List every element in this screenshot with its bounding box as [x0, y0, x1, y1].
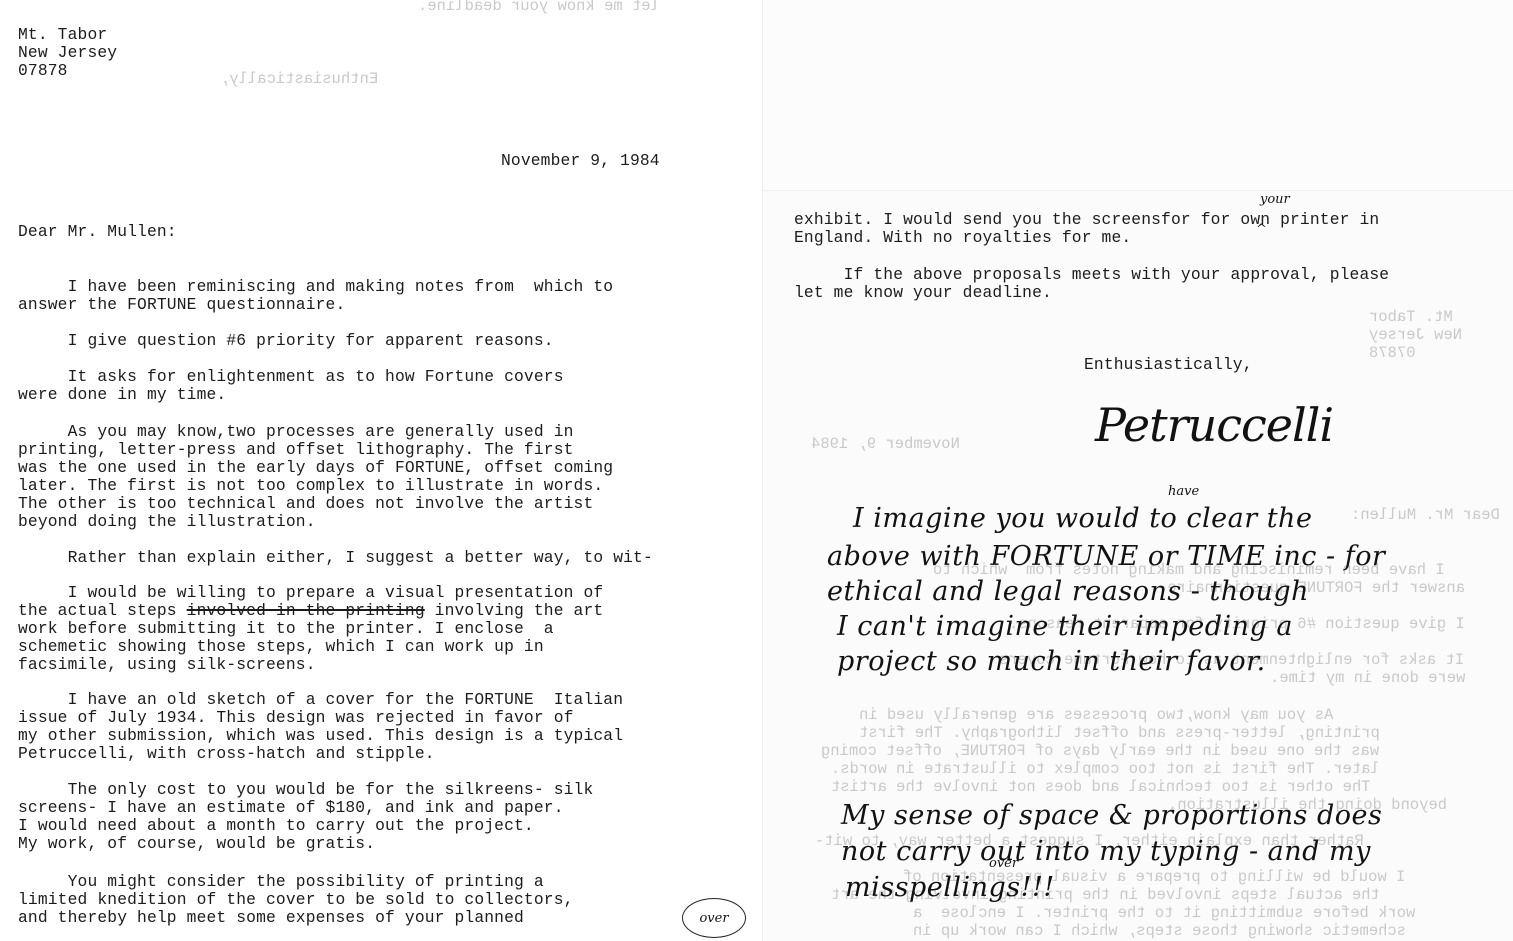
text-segment: involving the art — [425, 601, 604, 620]
body-line: It asks for enlightenment as to how Fort… — [18, 368, 564, 386]
body-line: printing, letter-press and offset lithog… — [18, 441, 574, 459]
body-line: were done in my time. — [18, 386, 226, 404]
body-line: You might consider the possibility of pr… — [18, 873, 544, 891]
salutation: Dear Mr. Mullen: — [18, 223, 177, 241]
body-line: was the one used in the early days of FO… — [18, 459, 613, 477]
handwritten-insert-your: your — [1260, 192, 1290, 207]
letter-page-1: let me know your deadline. Enthusiastica… — [0, 0, 762, 941]
body-line: As you may know,two processes are genera… — [18, 423, 574, 441]
bleed-line: schemetic showing those steps, which I c… — [913, 923, 1406, 941]
body-line: answer the FORTUNE questionnaire. — [18, 296, 345, 314]
body-line: My work, of course, would be gratis. — [18, 835, 375, 853]
bleed-line: work before submitting it to the printer… — [913, 905, 1415, 923]
bleed-line: The other is too technical and does not … — [831, 779, 1371, 797]
body-line: issue of July 1934. This design was reje… — [18, 709, 574, 727]
signature: Petruccelli — [1095, 398, 1333, 452]
bleed-line: Mt. Tabor — [1369, 309, 1453, 327]
handwritten-line: misspellings!!! — [845, 869, 1055, 907]
bleed-through-closing: Enthusiastically, — [220, 71, 378, 89]
body-line: schemetic showing those steps, which I c… — [18, 638, 544, 656]
body-line: I have an old sketch of a cover for the … — [18, 691, 623, 709]
body-line: I have been reminiscing and making notes… — [18, 278, 613, 296]
body-line: later. The first is not too complex to i… — [18, 477, 603, 495]
body-line: my other submission, which was used. Thi… — [18, 727, 623, 745]
bleed-line: Dear Mr. Mullen: — [1351, 507, 1500, 525]
handwritten-line: project so much in their favor. — [837, 643, 1266, 681]
handwritten-line: I imagine you would to clear the — [853, 500, 1312, 538]
bleed-line: was the one used in the early days of FO… — [821, 743, 1379, 761]
body-line: screens- I have an estimate of $180, and… — [18, 799, 564, 817]
body-line-with-strikethrough: the actual steps involved in the printin… — [18, 602, 603, 620]
text-segment: the actual steps — [18, 601, 187, 620]
sender-address-line-3: 07878 — [18, 62, 68, 80]
body-line: and thereby help meet some expenses of y… — [18, 909, 524, 927]
over-note-text: over — [699, 911, 728, 926]
body-line: Rather than explain either, I suggest a … — [18, 549, 653, 567]
struck-text: involved in the printing — [187, 601, 425, 620]
body-line: work before submitting it to the printer… — [18, 620, 554, 638]
bleed-line: As you may know,two processes are genera… — [859, 707, 1333, 725]
sender-address-line-1: Mt. Tabor — [18, 26, 107, 44]
handwritten-line: I can't imagine their impeding a — [837, 608, 1293, 646]
body-line: England. With no royalties for me. — [794, 229, 1131, 247]
handwritten-insert: have — [1168, 484, 1199, 499]
body-line: exhibit. I would send you the screensfor… — [794, 211, 1379, 229]
letter-page-2: Mt. Tabor New Jersey 07878 November 9, 1… — [762, 0, 1513, 941]
body-line: The only cost to you would be for the si… — [18, 781, 593, 799]
bleed-line: later. The first is not too complex to i… — [831, 761, 1380, 779]
over-note-circled: over — [682, 898, 746, 938]
body-line: The other is too technical and does not … — [18, 495, 593, 513]
body-line: I would be willing to prepare a visual p… — [18, 584, 603, 602]
bleed-line: printing, letter-press and offset lithog… — [859, 725, 1380, 743]
body-line: Petruccelli, with cross-hatch and stippl… — [18, 745, 435, 763]
body-line: let me know your deadline. — [794, 284, 1052, 302]
bleed-through-deadline: let me know your deadline. — [418, 0, 660, 16]
bleed-line: were done in my time. — [1270, 670, 1465, 688]
body-line: limited knedition of the cover to be sol… — [18, 891, 574, 909]
body-line: I give question #6 priority for apparent… — [18, 332, 554, 350]
handwritten-line: My sense of space & proportions does — [841, 797, 1382, 835]
bleed-line: November 9, 1984 — [811, 436, 960, 454]
body-line: I would need about a month to carry out … — [18, 817, 534, 835]
bleed-line: 07878 — [1369, 345, 1416, 363]
body-line: beyond doing the illustration. — [18, 513, 316, 531]
handwritten-line: above with FORTUNE or TIME inc - for — [827, 538, 1385, 576]
handwritten-line: ethical and legal reasons - though — [827, 573, 1309, 611]
body-line: If the above proposals meets with your a… — [794, 266, 1389, 284]
bleed-line: New Jersey — [1369, 327, 1462, 345]
sender-address-line-2: New Jersey — [18, 44, 117, 62]
handwritten-line: not carry out into my typing - and my — [841, 833, 1371, 871]
body-line: facsimile, using silk-screens. — [18, 656, 316, 674]
letter-date: November 9, 1984 — [501, 152, 660, 170]
closing: Enthusiastically, — [1084, 356, 1253, 374]
